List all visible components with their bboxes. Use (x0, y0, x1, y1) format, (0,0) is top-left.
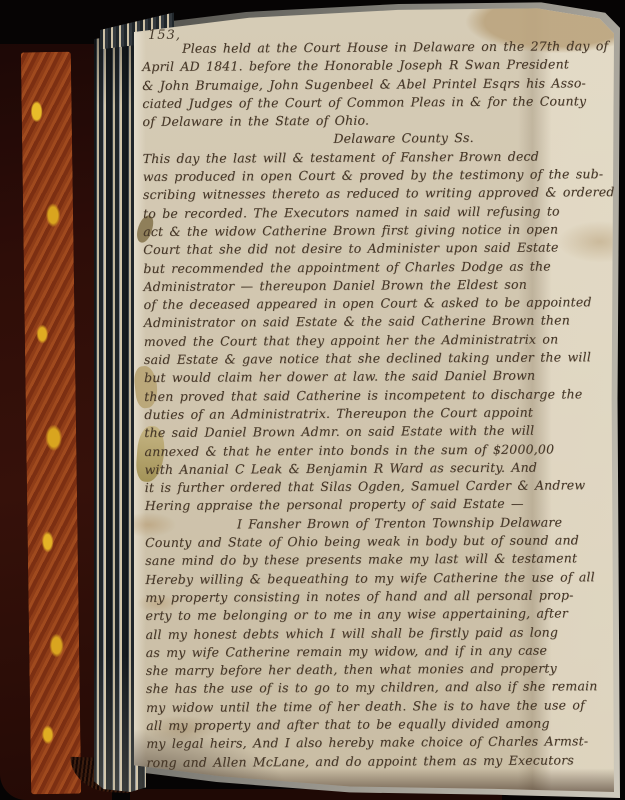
manuscript-line: she has the use of is to go to my childr… (146, 678, 608, 699)
record-book-photo: 153, Pleas held at the Court House in De… (0, 0, 625, 800)
manuscript-line: Court that she did not desire to Adminis… (143, 238, 605, 259)
manuscript-line: scribing witnesses thereto as reduced to… (143, 184, 605, 205)
marbled-cover-strip (21, 52, 81, 795)
manuscript-line: then proved that said Catherine is incom… (144, 385, 606, 406)
manuscript-line: it is further ordered that Silas Ogden, … (145, 476, 607, 497)
manuscript-line: said Estate & gave notice that she decli… (144, 348, 606, 369)
manuscript-line: ciated Judges of the Court of Common Ple… (142, 92, 604, 113)
manuscript-line: April AD 1841. before the Honorable Jose… (142, 55, 604, 76)
manuscript-line: erty to me belonging or to me in any wis… (145, 604, 607, 625)
manuscript-line: annexed & that he enter into bonds in th… (144, 440, 606, 461)
manuscript-line: sane mind do by these presents make my l… (145, 549, 607, 570)
manuscript-text: Pleas held at the Court House in Delawar… (142, 37, 608, 772)
manuscript-line: rong and Allen McLane, and do appoint th… (146, 751, 608, 772)
manuscript-line: Administrator on said Estate & the said … (144, 312, 606, 333)
manuscript-line: my legal heirs, And I also hereby make c… (146, 732, 608, 753)
manuscript-line: but recommended the appointment of Charl… (143, 257, 605, 278)
